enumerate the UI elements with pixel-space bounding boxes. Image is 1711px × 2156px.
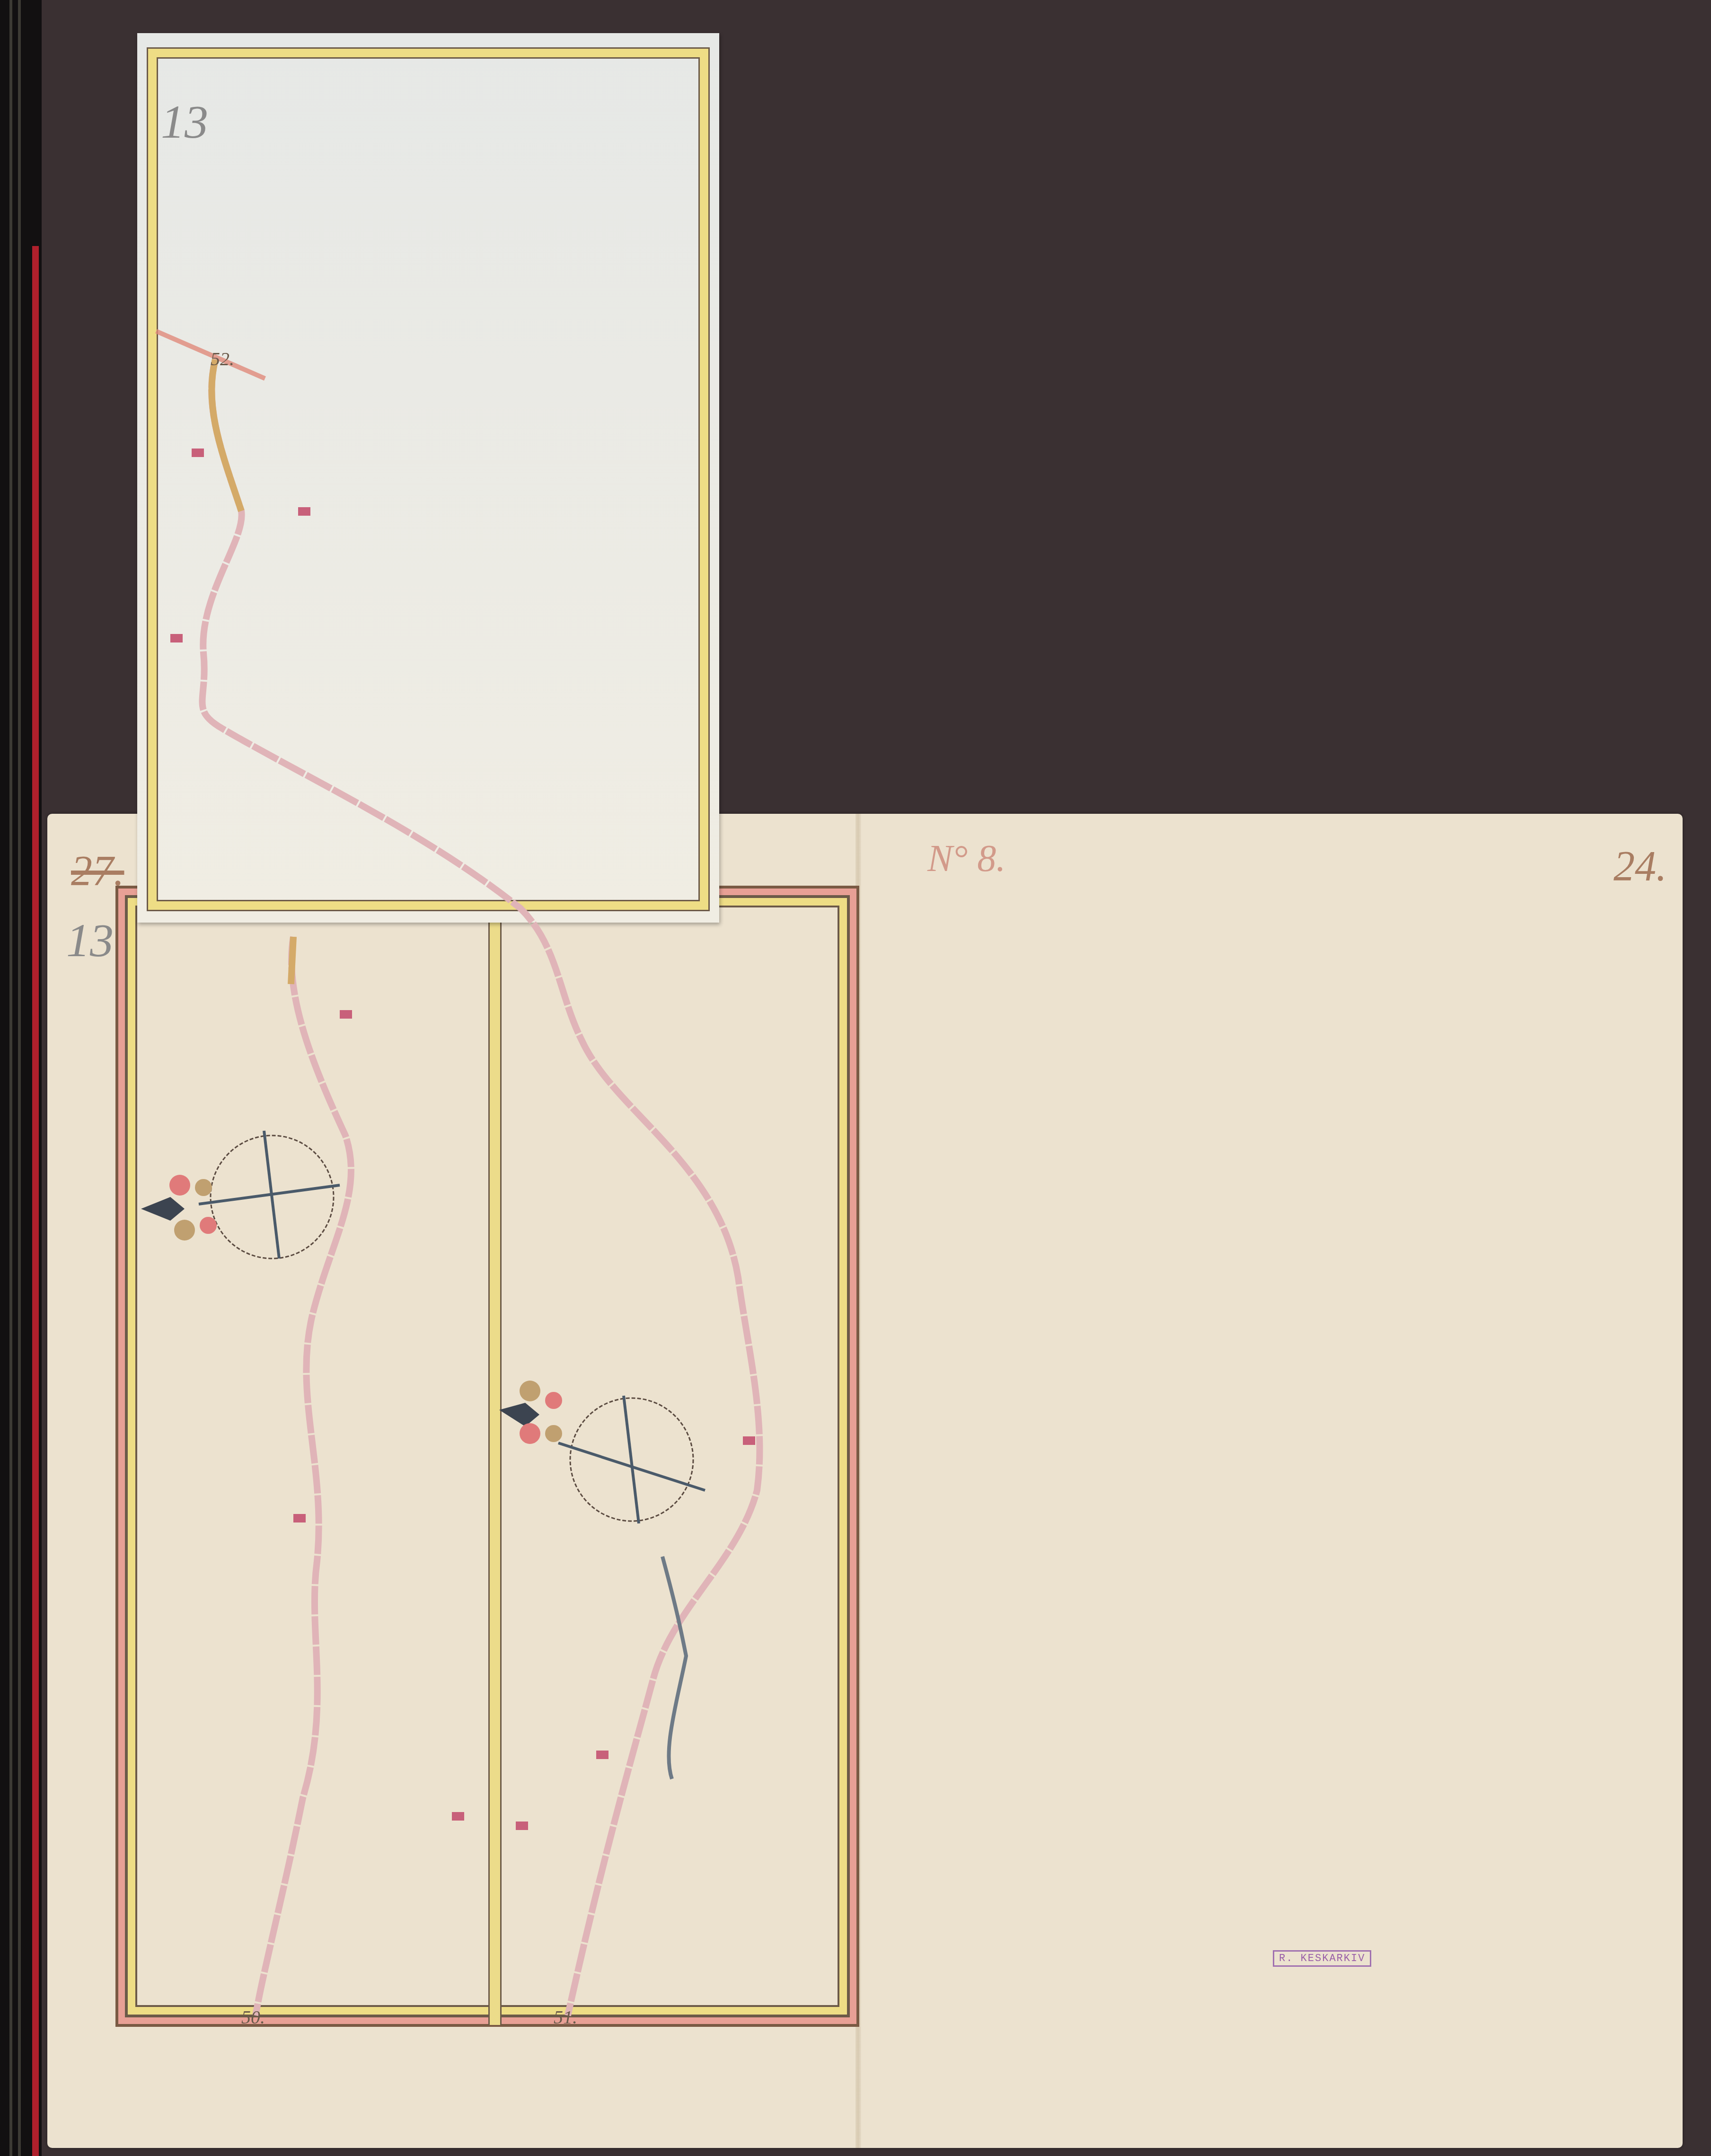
distance-marker-51: 51. <box>554 2006 577 2028</box>
distance-marker-52: 52. <box>211 348 234 370</box>
distance-marker-50: 50. <box>241 2006 265 2028</box>
compass-left <box>141 1131 340 1258</box>
compass-right <box>499 1381 705 1523</box>
archive-stamp: R. KESKARKIV <box>1273 1950 1371 1967</box>
map-drawing <box>0 0 1711 2156</box>
